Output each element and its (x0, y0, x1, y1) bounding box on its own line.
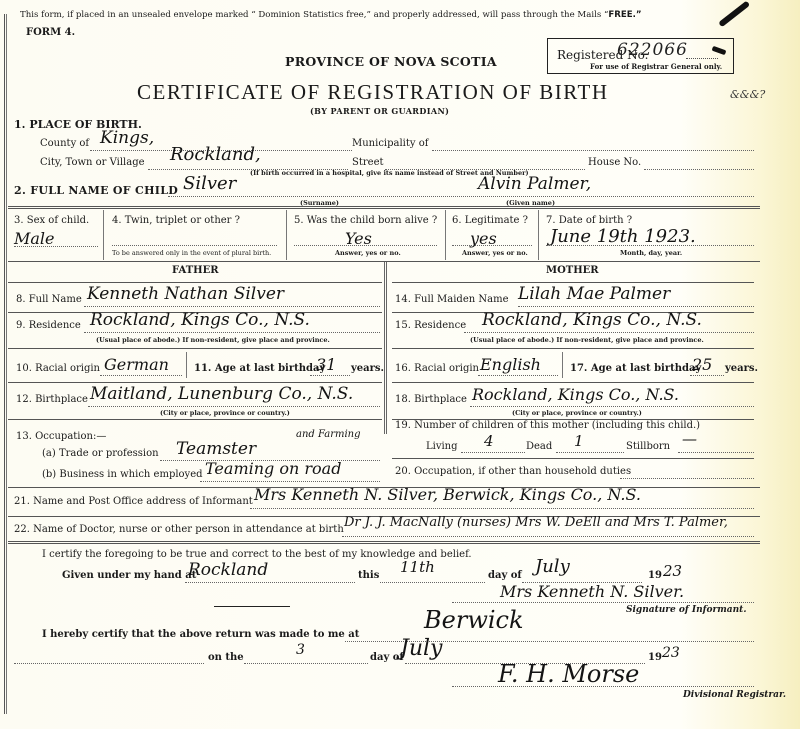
mother-age-suffix: years. (725, 363, 758, 374)
attendant-label: 22. Name of Doctor, nurse or other perso… (14, 524, 344, 535)
dead-label: Dead (526, 441, 552, 452)
divider (392, 348, 754, 349)
sex-line (14, 246, 98, 247)
legitimate-caption: Answer, yes or no. (462, 249, 528, 257)
informant-label: 21. Name and Post Office address of Info… (14, 496, 253, 507)
date-of-birth-value: June 19th 1923. (550, 226, 696, 247)
surname-value: Silver (183, 173, 236, 194)
column-divider (538, 210, 539, 260)
margin-scribble: &&&? (730, 88, 765, 101)
house-number-label: House No. (588, 157, 641, 168)
informant-signature-caption: Signature of Informant. (626, 605, 746, 615)
mother-occupation-line (620, 478, 754, 479)
born-alive-label: 5. Was the child born alive ? (294, 215, 437, 226)
father-age-line (310, 375, 350, 376)
year-prefix: 19 (648, 570, 662, 581)
registrar-month-value: July (400, 636, 442, 661)
trade-value: Teamster (176, 439, 256, 459)
informant-value: Mrs Kenneth N. Silver, Berwick, Kings Co… (254, 485, 641, 504)
business-value: Teaming on road (205, 459, 341, 478)
certificate-subtitle: (BY PARENT OR GUARDIAN) (310, 106, 449, 116)
father-racial-label: 10. Racial origin (16, 363, 100, 374)
registrar-signature-caption: Divisional Registrar. (683, 690, 786, 700)
given-place-value: Rockland (188, 560, 268, 580)
twin-line (112, 245, 277, 246)
attendant-value: Dr J. J. MacNally (nurses) Mrs W. DeEll … (344, 515, 728, 530)
stillborn-label: Stillborn (626, 441, 670, 452)
father-name-line (84, 306, 380, 307)
legitimate-label: 6. Legitimate ? (452, 215, 528, 226)
twin-caption: To be answered only in the event of plur… (112, 249, 271, 257)
divider (8, 206, 760, 209)
date-of-birth-caption: Month, day, year. (620, 249, 682, 257)
registrar-signature: F. H. Morse (498, 660, 639, 688)
father-racial-value: German (104, 355, 169, 374)
on-the-label: on the (208, 652, 244, 663)
column-divider (445, 210, 446, 260)
parent-column-divider (384, 262, 387, 434)
father-name-label: 8. Full Name (16, 294, 82, 305)
trade-label: (a) Trade or profession (42, 448, 159, 459)
attendant-line (342, 536, 754, 537)
mother-occupation-label: 20. Occupation, if other than household … (395, 466, 631, 477)
father-name-value: Kenneth Nathan Silver (87, 284, 284, 304)
mother-name-line (518, 306, 754, 307)
informant-line (250, 508, 754, 509)
living-label: Living (426, 441, 458, 452)
divider (392, 382, 754, 383)
registrar-place-value: Berwick (424, 606, 524, 634)
certificate-title: CERTIFICATE OF REGISTRATION OF BIRTH (137, 80, 609, 105)
father-occupation-heading: 13. Occupation:— (16, 431, 106, 442)
mother-birthplace-value: Rockland, Kings Co., N.S. (472, 385, 679, 404)
registered-dots (686, 58, 718, 59)
divider (8, 382, 382, 383)
born-alive-caption: Answer, yes or no. (335, 249, 401, 257)
dead-line (556, 452, 624, 453)
mother-name-label: 14. Full Maiden Name (395, 294, 509, 305)
mother-name-value: Lilah Mae Palmer (518, 284, 670, 304)
mother-birthplace-line (470, 406, 754, 407)
mother-residence-line (464, 332, 754, 333)
column-divider (103, 210, 104, 260)
father-birthplace-line (88, 406, 380, 407)
mother-birthplace-label: 18. Birthplace (395, 394, 467, 405)
short-rule (214, 606, 290, 607)
children-label: 19. Number of children of this mother (i… (395, 420, 700, 431)
living-value: 4 (484, 432, 494, 450)
mother-racial-value: English (480, 355, 541, 374)
business-label: (b) Business in which employed (42, 469, 203, 480)
house-number-line (644, 169, 754, 170)
divider (8, 282, 382, 283)
registrar-statement: I hereby certify that the above return w… (42, 629, 359, 640)
father-residence-label: 9. Residence (16, 320, 81, 331)
certification-year-value: 23 (663, 562, 682, 580)
given-place-line (185, 582, 355, 583)
twin-label: 4. Twin, triplet or other ? (112, 215, 240, 226)
informant-signature: Mrs Kenneth N. Silver. (500, 582, 684, 601)
father-birthplace-label: 12. Birthplace (16, 394, 88, 405)
street-label: Street (352, 157, 384, 168)
divider (8, 541, 760, 544)
mother-racial-label: 16. Racial origin (395, 363, 479, 374)
registered-note: For use of Registrar General only. (590, 62, 722, 71)
divider (392, 282, 754, 283)
mother-residence-value: Rockland, Kings Co., N.S. (482, 310, 702, 330)
mother-residence-caption: (Usual place of abode.) If non-resident,… (470, 336, 704, 344)
full-name-heading: 2. FULL NAME OF CHILD (14, 184, 178, 197)
this-label: this (358, 570, 379, 581)
province-heading: PROVINCE OF NOVA SCOTIA (285, 54, 497, 69)
father-age-value: 31 (316, 355, 336, 374)
stillborn-value: — (682, 430, 697, 448)
sex-label: 3. Sex of child. (14, 215, 89, 226)
mother-racial-line (478, 375, 558, 376)
father-racial-line (100, 375, 182, 376)
registered-number: 622066 (617, 40, 688, 60)
county-label: County of (40, 138, 89, 149)
date-of-birth-line (546, 245, 754, 246)
county-value: Kings, (100, 128, 154, 148)
dead-value: 1 (574, 432, 584, 450)
born-alive-line (294, 245, 437, 246)
father-heading: FATHER (172, 265, 219, 276)
registrar-day-value: 3 (296, 642, 305, 658)
divider (8, 348, 382, 349)
business-insert: and Farming (296, 429, 361, 440)
father-residence-value: Rockland, Kings Co., N.S. (90, 310, 310, 330)
checkmark-icon (718, 0, 750, 27)
city-value: Rockland, (170, 144, 261, 165)
left-margin-border (4, 14, 7, 714)
registrar-day-line (244, 663, 368, 664)
divider (392, 458, 754, 459)
father-birthplace-value: Maitland, Lunenburg Co., N.S. (90, 384, 353, 404)
column-divider (186, 352, 187, 378)
certification-month-value: July (535, 556, 570, 577)
father-age-suffix: years. (351, 363, 384, 374)
registrar-year-prefix: 19 (648, 652, 662, 663)
father-age-label: 11. Age at last birthday (194, 363, 325, 374)
date-of-birth-label: 7. Date of birth ? (546, 215, 632, 226)
city-label: City, Town or Village (40, 157, 145, 168)
column-divider (562, 352, 563, 378)
father-residence-caption: (Usual place of abode.) If non-resident,… (96, 336, 330, 344)
living-line (461, 452, 525, 453)
divider (8, 419, 382, 420)
registrar-prefix-line (14, 663, 204, 664)
registrar-year-value: 23 (662, 645, 680, 661)
mother-age-line (690, 375, 724, 376)
mother-age-value: 25 (692, 355, 712, 374)
mother-birthplace-caption: (City or place, province or country.) (512, 409, 642, 417)
form-number: FORM 4. (26, 27, 75, 38)
birth-certificate: This form, if placed in an unsealed enve… (0, 0, 800, 729)
legitimate-line (452, 245, 532, 246)
postal-notice: This form, if placed in an unsealed enve… (20, 10, 642, 20)
business-line (200, 481, 380, 482)
given-under-hand-label: Given under my hand at (62, 570, 196, 581)
mother-heading: MOTHER (546, 265, 599, 276)
registrar-day-of-label: day of (370, 652, 404, 663)
mother-residence-label: 15. Residence (395, 320, 466, 331)
day-of-label: day of (488, 570, 522, 581)
name-line (168, 196, 754, 197)
certification-day-value: 11th (400, 558, 435, 576)
stillborn-line (678, 452, 754, 453)
day-line (380, 582, 485, 583)
municipality-label: Municipality of (352, 138, 428, 149)
given-name-value: Alvin Palmer, (478, 174, 591, 194)
municipality-line (432, 150, 754, 151)
father-birthplace-caption: (City or place, province or country.) (160, 409, 290, 417)
column-divider (286, 210, 287, 260)
father-residence-line (84, 332, 380, 333)
mother-age-label: 17. Age at last birthday (570, 363, 701, 374)
informant-signature-line (452, 602, 754, 603)
